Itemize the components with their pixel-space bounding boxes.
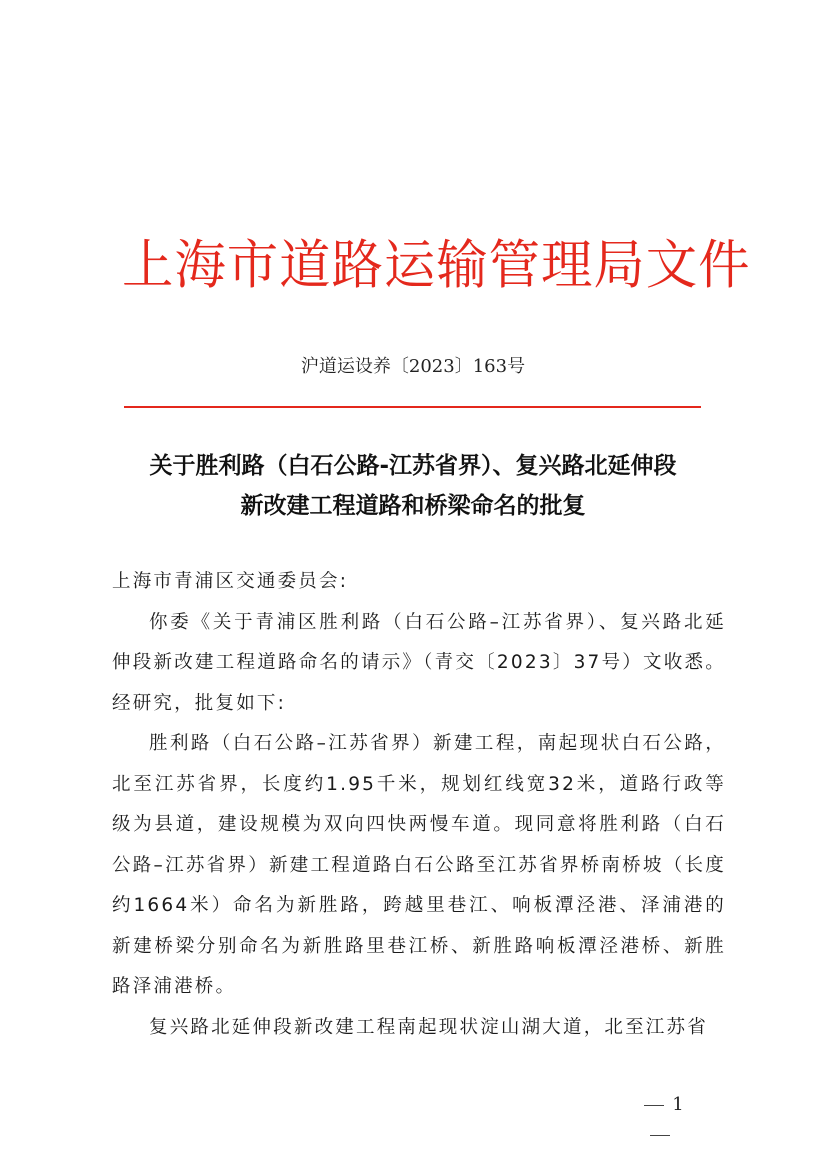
footer-dash-right: [650, 1135, 670, 1136]
page-number: 1: [672, 1094, 683, 1115]
document-number: 沪道运设养〔2023〕163号: [0, 352, 826, 382]
page-footer: 1: [620, 1090, 700, 1150]
addressee: 上海市青浦区交通委员会:: [112, 562, 726, 603]
document-page: 上海市道路运输管理局文件 沪道运设养〔2023〕163号 关于胜利路（白石公路-…: [0, 0, 826, 1169]
title-line-1: 关于胜利路（白石公路-江苏省界）、复兴路北延伸段: [0, 446, 826, 486]
issuer-masthead: 上海市道路运输管理局文件: [122, 226, 685, 306]
document-title: 关于胜利路（白石公路-江苏省界）、复兴路北延伸段 新改建工程道路和桥梁命名的批复: [0, 446, 826, 526]
paragraph-1: 你委《关于青浦区胜利路（白石公路–江苏省界）、复兴路北延伸段新改建工程道路命名的…: [112, 603, 726, 725]
paragraph-3: 复兴路北延伸段新改建工程南起现状淀山湖大道，北至江苏省: [112, 1008, 726, 1049]
title-line-2: 新改建工程道路和桥梁命名的批复: [0, 486, 826, 526]
footer-dash-left: [644, 1105, 664, 1106]
red-divider-line: [124, 406, 701, 408]
paragraph-2: 胜利路（白石公路–江苏省界）新建工程，南起现状白石公路，北至江苏省界，长度约1.…: [112, 724, 726, 1008]
document-body: 上海市青浦区交通委员会: 你委《关于青浦区胜利路（白石公路–江苏省界）、复兴路北…: [112, 562, 726, 1048]
